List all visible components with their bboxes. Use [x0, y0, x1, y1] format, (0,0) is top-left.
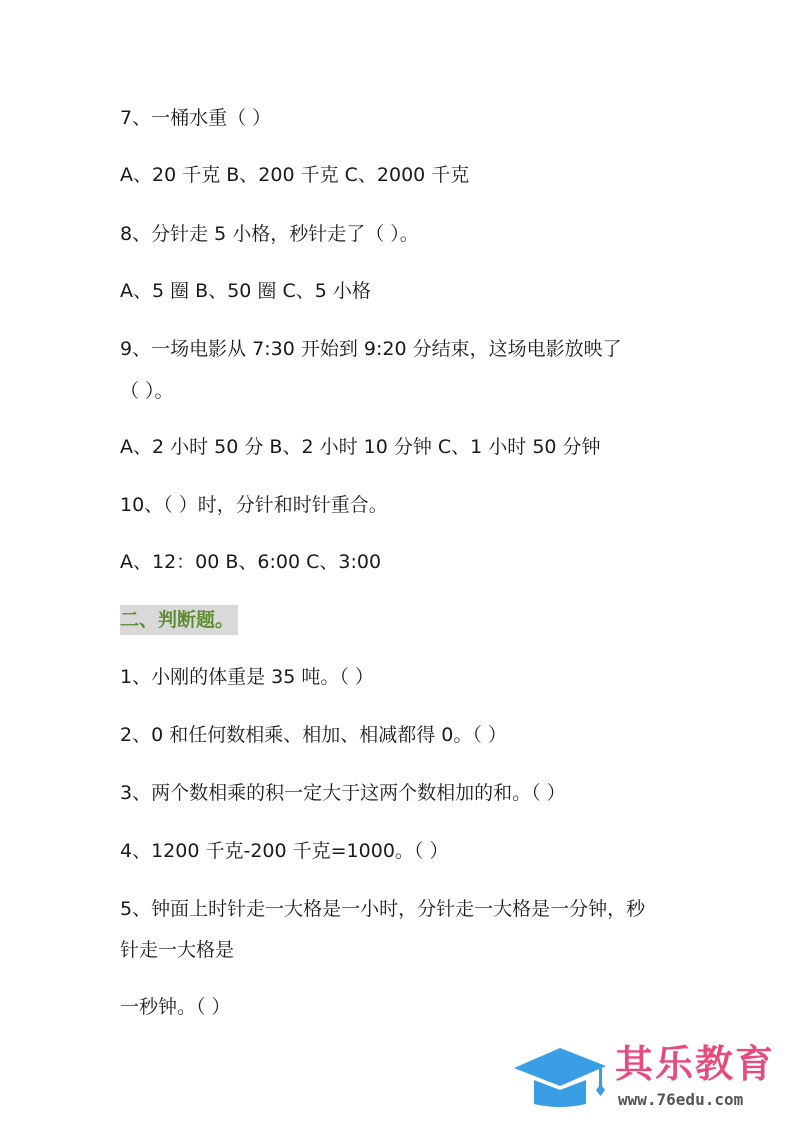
true-false-item-3: 3、两个数相乘的积一定大于这两个数相加的和。（ ） — [120, 781, 566, 805]
true-false-item-5-line3: 一秒钟。（ ） — [120, 995, 231, 1019]
graduation-cap-icon — [510, 1040, 610, 1110]
true-false-item-2: 2、0 和任何数相乘、相加、相减都得 0。（ ） — [120, 723, 507, 747]
true-false-item-5: 5、钟面上时针走一大格是一小时，分针走一大格是一分钟，秒 — [120, 897, 645, 921]
watermark-title: 其乐教育 — [615, 1044, 775, 1084]
question-8-stem: 8、分针走 5 小格，秒针走了（ ）。 — [120, 222, 419, 246]
question-9-stem: 9、一场电影从 7:30 开始到 9:20 分结束，这场电影放映了 — [120, 337, 622, 361]
question-9-options: A、2 小时 50 分 B、2 小时 10 分钟 C、1 小时 50 分钟 — [120, 435, 601, 459]
true-false-item-4: 4、1200 千克-200 千克=1000。（ ） — [120, 839, 448, 863]
watermark-url: www.76edu.com — [618, 1090, 743, 1110]
section-heading-true-false: 二、判断题。 — [120, 605, 238, 635]
question-10-stem: 10、（ ）时，分针和时针重合。 — [120, 493, 388, 517]
question-7-stem: 7、一桶水重（ ） — [120, 106, 271, 130]
question-8-options: A、5 圈 B、50 圈 C、5 小格 — [120, 279, 371, 303]
true-false-item-1: 1、小刚的体重是 35 吨。（ ） — [120, 665, 374, 689]
question-10-options: A、12：00 B、6:00 C、3:00 — [120, 550, 381, 574]
question-7-options: A、20 千克 B、200 千克 C、2000 千克 — [120, 163, 469, 187]
question-9-stem-continued: （ ）。 — [120, 379, 174, 403]
true-false-item-5-line2: 针走一大格是 — [120, 938, 234, 962]
watermark-logo: 其乐教育 www.76edu.com — [510, 1040, 790, 1115]
